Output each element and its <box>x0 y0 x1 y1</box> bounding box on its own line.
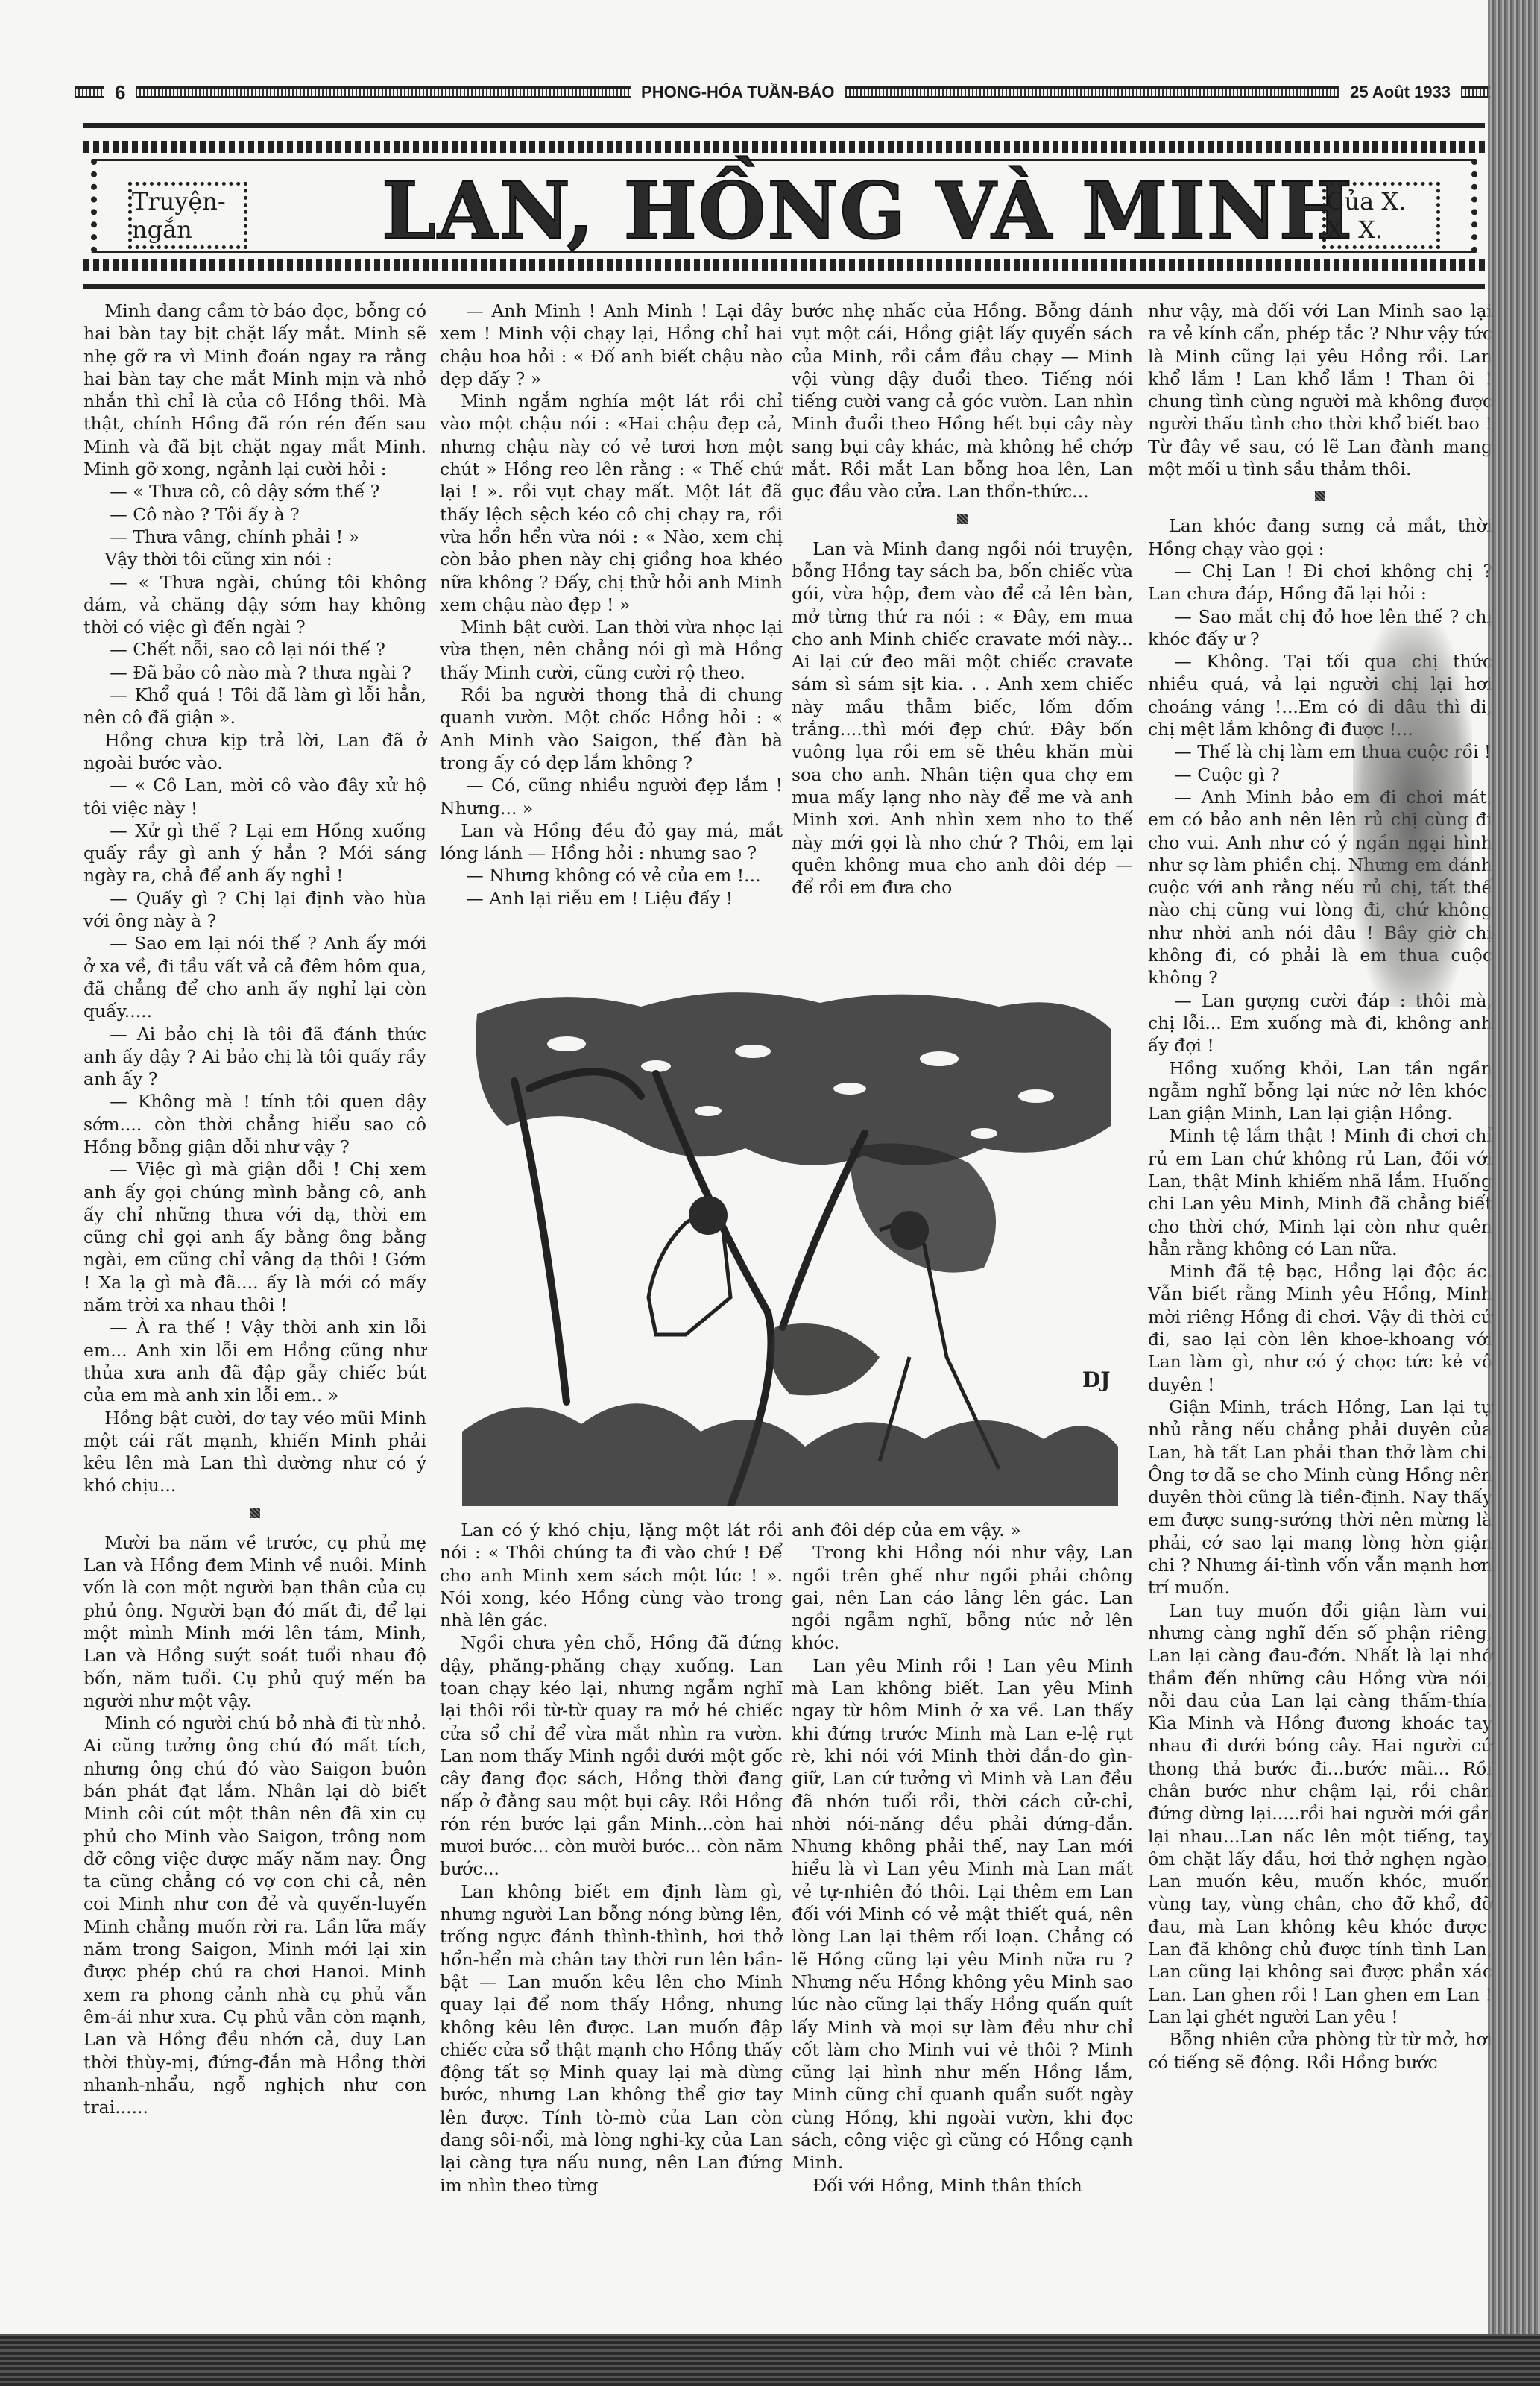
artist-signature: DJ <box>1082 1367 1111 1392</box>
header-rule <box>136 86 631 98</box>
paragraph: như vậy, mà đối với Lan Minh sao lại ra … <box>1148 300 1492 480</box>
dialogue-line: — Việc gì mà giận dỗi ! Chị xem anh ấy g… <box>83 1158 426 1316</box>
dialogue-line: — Không mà ! tính tôi quen dậy sớm.... c… <box>83 1090 426 1158</box>
dialogue-line: — Anh Minh ! Anh Minh ! Lại đây xem ! Mi… <box>440 300 783 390</box>
paragraph: Minh đang cầm tờ báo đọc, bỗng có hai bà… <box>83 300 426 480</box>
column-3-bottom: anh đôi dép của em vậy. » Trong khi Hồng… <box>792 1519 1133 2197</box>
paragraph: Lan và Hồng đều đỏ gay má, mắt lóng lánh… <box>440 819 783 865</box>
header-rule <box>845 86 1340 98</box>
section-separator-icon <box>250 1508 260 1518</box>
paragraph: anh đôi dép của em vậy. » <box>792 1519 1133 1541</box>
author-label: Của X. X. X. <box>1322 182 1440 249</box>
paragraph: Bỗng nhiên cửa phòng từ từ mở, hơi có ti… <box>1148 2028 1492 2074</box>
paragraph: Hồng bật cười, dơ tay véo mũi Minh một c… <box>83 1407 426 1497</box>
paragraph: Hồng xuống khỏi, Lan tần ngần ngẫm nghĩ … <box>1148 1057 1492 1125</box>
scan-edge <box>1488 0 1540 2386</box>
header-rule <box>1461 86 1491 98</box>
dialogue-line: — Quấy gì ? Chị lại định vào hùa với ông… <box>83 887 426 933</box>
dialogue-line: — Chị Lan ! Đi chơi không chị ? Lan chưa… <box>1148 560 1492 605</box>
author-text: Của X. X. X. <box>1326 187 1436 244</box>
dialogue-line: — Khổ quá ! Tôi đã làm gì lỗi hẳn, nên c… <box>83 684 426 729</box>
paragraph: Đối với Hồng, Minh thân thích <box>792 2174 1133 2197</box>
column-2-bottom: Lan có ý khó chịu, lặng một lát rồi nói … <box>440 1519 783 2197</box>
paragraph: Rồi ba người thong thả đi chung quanh vư… <box>440 684 783 774</box>
dialogue-line: — Anh lại riễu em ! Liệu đấy ! <box>440 887 783 910</box>
paragraph: Lan có ý khó chịu, lặng một lát rồi nói … <box>440 1519 783 1631</box>
dialogue-line: — « Thưa cô, cô dậy sớm thế ? <box>83 480 426 503</box>
scan-edge <box>0 2334 1540 2386</box>
column-2-top: — Anh Minh ! Anh Minh ! Lại đây xem ! Mi… <box>440 300 783 910</box>
running-header: 6 PHONG-HÓA TUẦN-BÁO 25 Août 1933 <box>75 81 1491 104</box>
paragraph: Minh tệ lắm thật ! Minh đi chơi chỉ rủ e… <box>1148 1124 1492 1260</box>
paragraph: Ngồi chưa yên chỗ, Hồng đã đứng dậy, phă… <box>440 1631 783 1880</box>
decorative-border <box>83 259 1485 271</box>
scan-smudge <box>1353 626 1472 1007</box>
dialogue-line: — Nhưng không có vẻ của em !... <box>440 864 783 887</box>
newspaper-page: 6 PHONG-HÓA TUẦN-BÁO 25 Août 1933 Truyện… <box>0 0 1540 2386</box>
paragraph: Vậy thời tôi cũng xin nói : <box>83 548 426 570</box>
genre-text: Truyện-ngắn <box>132 187 244 244</box>
paragraph: Minh có người chú bỏ nhà đi từ nhỏ. Ai c… <box>83 1712 426 2118</box>
woodcut-illustration: DJ <box>462 984 1118 1506</box>
paragraph: Trong khi Hồng nói như vậy, Lan ngồi trê… <box>792 1541 1133 1654</box>
publication-name: PHONG-HÓA TUẦN-BÁO <box>641 83 835 102</box>
dialogue-line: — « Thưa ngài, chúng tôi không dám, vả c… <box>83 571 426 639</box>
dialogue-line: — « Cô Lan, mời cô vào đây xử hộ tôi việ… <box>83 774 426 819</box>
section-separator-icon <box>957 514 968 524</box>
story-title: LAN, HỒNG VÀ MINH <box>382 165 1354 256</box>
dialogue-line: — Thưa vâng, chính phải ! » <box>83 526 426 548</box>
paragraph: Lan và Minh đang ngồi nói truyện, bỗng H… <box>792 538 1133 899</box>
column-3-top: bước nhẹ nhấc của Hồng. Bỗng đánh vụt mộ… <box>792 300 1133 898</box>
tree-garden-illustration-icon: DJ <box>462 984 1118 1506</box>
page-number: 6 <box>115 81 125 104</box>
paragraph: Lan yêu Minh rồi ! Lan yêu Minh mà Lan k… <box>792 1655 1133 2174</box>
dialogue-line: — Đã bảo cô nào mà ? thưa ngài ? <box>83 661 426 684</box>
paragraph: Lan tuy muốn đổi giận làm vui, nhưng càn… <box>1148 1599 1492 2029</box>
dialogue-line: — Sao em lại nói thế ? Anh ấy mới ở xa v… <box>83 932 426 1022</box>
dialogue-line: — Cô nào ? Tôi ấy à ? <box>83 503 426 526</box>
genre-label: Truyện-ngắn <box>128 182 247 249</box>
dialogue-line: — Ai bảo chị là tôi đã đánh thức anh ấy … <box>83 1023 426 1091</box>
decorative-border <box>83 141 1485 153</box>
paragraph: bước nhẹ nhấc của Hồng. Bỗng đánh vụt mộ… <box>792 300 1133 503</box>
paragraph: Minh đã tệ bạc, Hồng lại độc ác. Vẫn biế… <box>1148 1260 1492 1396</box>
paragraph: Giận Minh, trách Hồng, Lan lại tự nhủ rằ… <box>1148 1396 1492 1599</box>
paragraph: Lan không biết em định làm gì, nhưng ngư… <box>440 1880 783 2197</box>
dialogue-line: — Chết nỗi, sao cô lại nói thế ? <box>83 638 426 661</box>
paragraph: Minh bật cười. Lan thời vừa nhọc lại vừa… <box>440 616 783 684</box>
column-1: Minh đang cầm tờ báo đọc, bỗng có hai bà… <box>83 300 426 2118</box>
dialogue-line: — À ra thế ! Vậy thời anh xin lỗi em... … <box>83 1316 426 1406</box>
dialogue-line: — Có, cũng nhiều người đẹp lắm ! Nhưng..… <box>440 774 783 819</box>
paragraph: Hồng chưa kịp trả lời, Lan đã ở ngoài bư… <box>83 729 426 775</box>
dialogue-line: — Xử gì thế ? Lại em Hồng xuống quấy rầy… <box>83 819 426 887</box>
section-separator-icon <box>1315 491 1325 501</box>
issue-date: 25 Août 1933 <box>1350 83 1451 102</box>
header-rule <box>75 86 104 98</box>
title-banner: Truyện-ngắn LAN, HỒNG VÀ MINH Của X. X. … <box>83 123 1485 289</box>
paragraph: Minh ngắm nghía một lát rồi chỉ vào một … <box>440 390 783 616</box>
paragraph: Lan khóc đang sưng cả mắt, thời Hồng chạ… <box>1148 514 1492 560</box>
column-4: như vậy, mà đối với Lan Minh sao lại ra … <box>1148 300 1492 2074</box>
paragraph: Mười ba năm về trước, cụ phủ mẹ Lan và H… <box>83 1532 426 1712</box>
